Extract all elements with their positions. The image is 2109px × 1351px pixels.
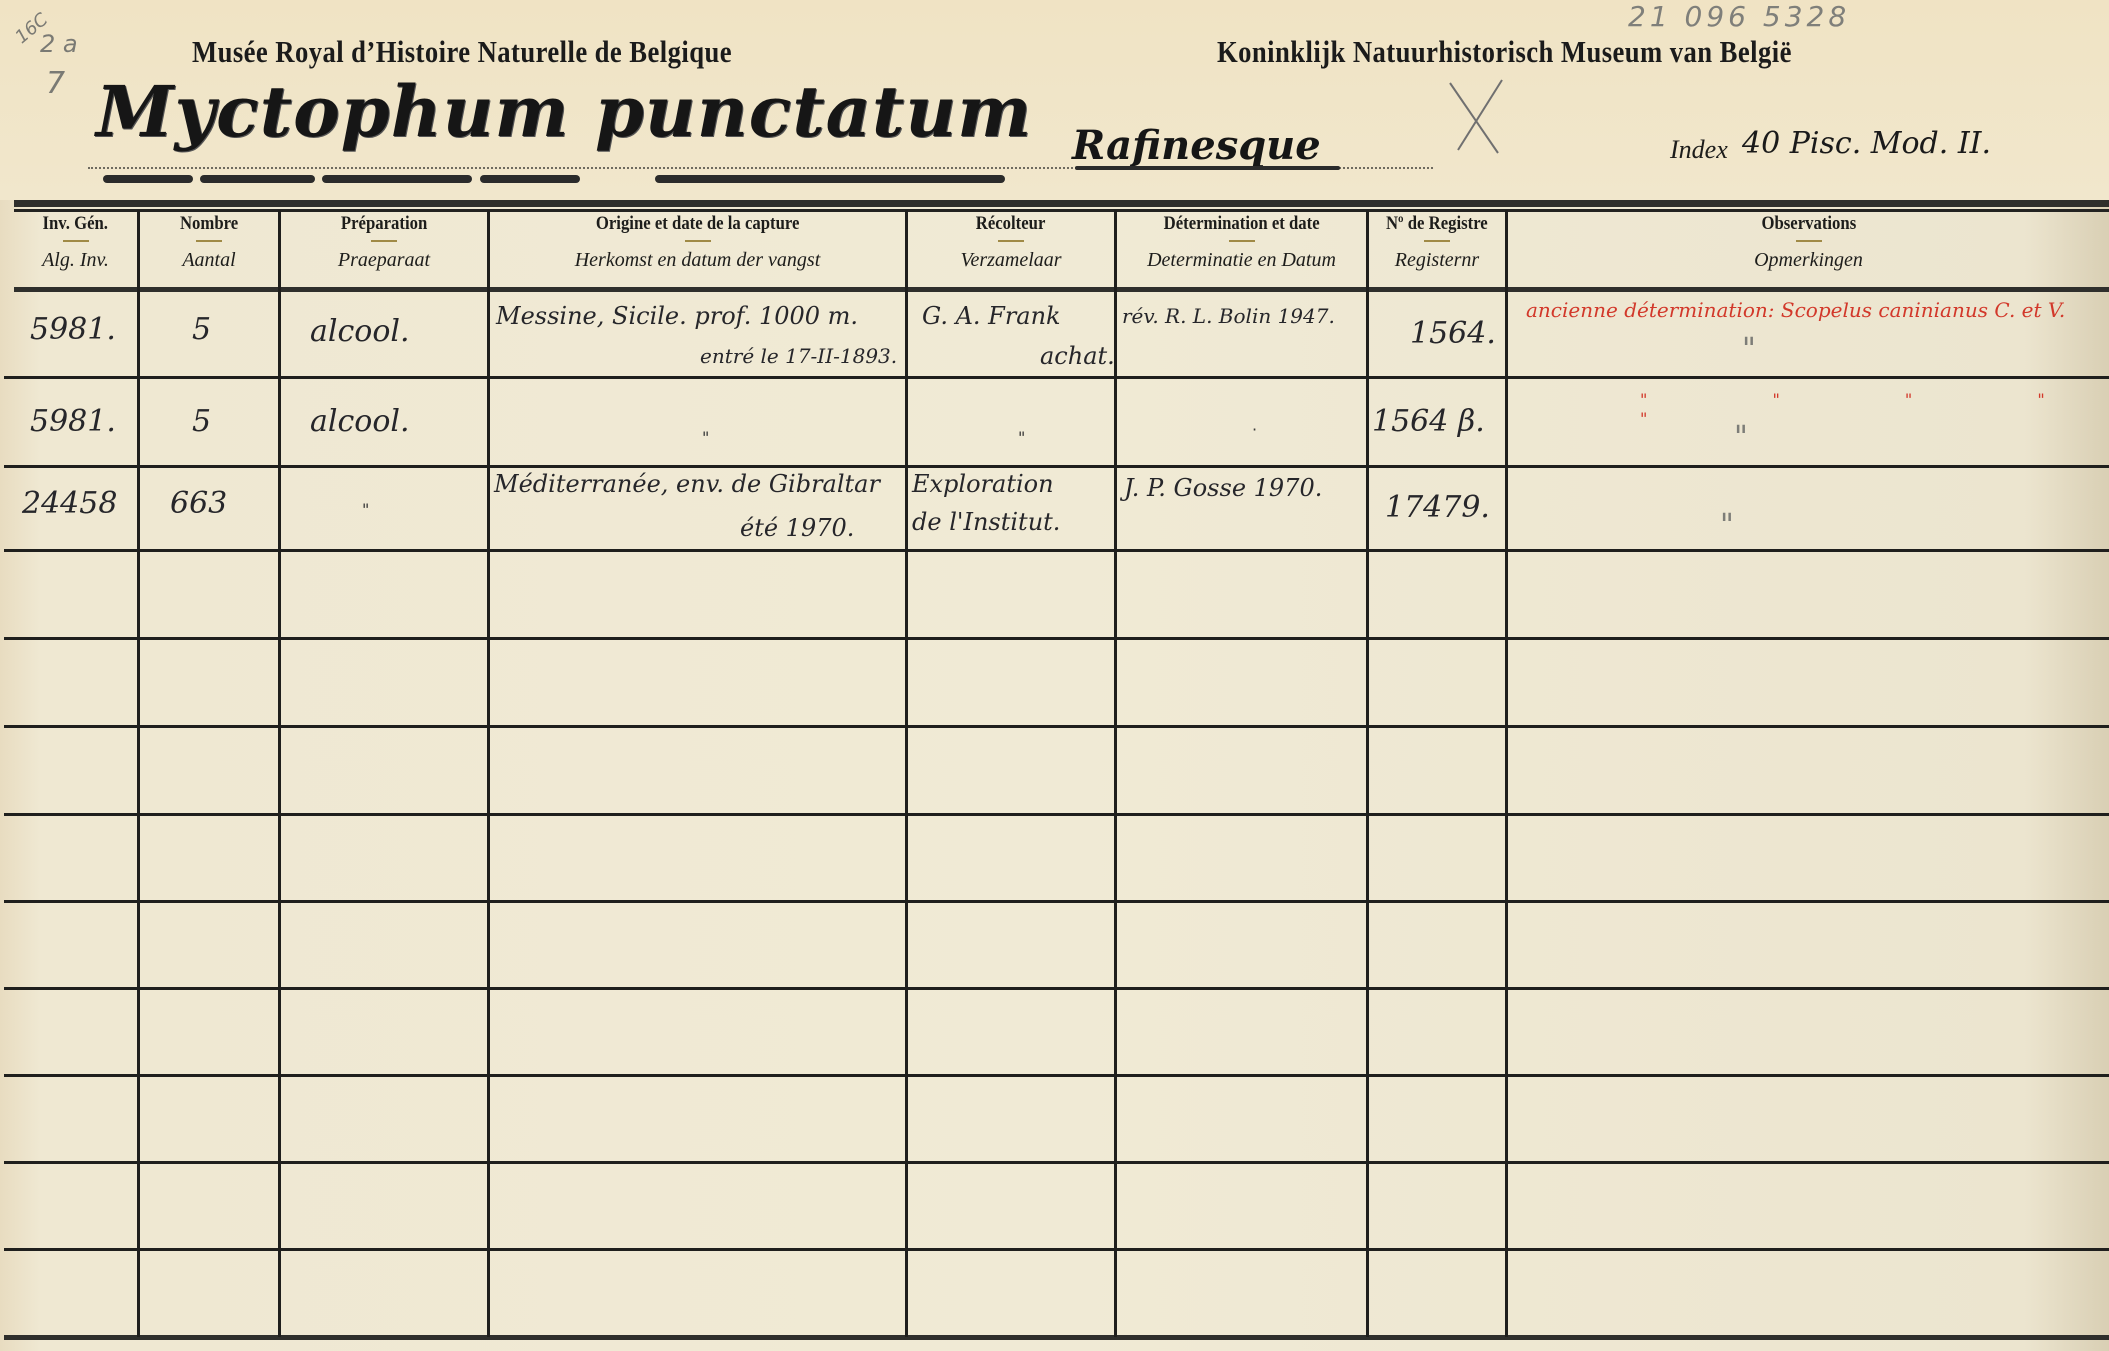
title-underline <box>655 175 1005 183</box>
row-divider <box>4 549 2109 552</box>
title-underline <box>200 175 315 183</box>
cell-inv: 24458 <box>22 486 117 521</box>
cell-nombre: 5 <box>192 312 211 347</box>
row-divider <box>4 376 2109 379</box>
species-name: Myctophum punctatum <box>96 70 1032 153</box>
table-top-rule <box>14 200 2109 207</box>
cell-recolteur: Exploration <box>912 470 1054 498</box>
cell-origine: Méditerranée, env. de Gibraltar <box>494 470 880 498</box>
ditto-mark: " <box>702 428 709 447</box>
column-divider <box>1366 210 1369 1337</box>
cell-recolteur-note: de l'Institut. <box>912 508 1060 536</box>
row-divider <box>4 900 2109 903</box>
cell-origine-date: été 1970. <box>740 514 854 542</box>
margin-note: 2 a <box>40 30 78 58</box>
cell-determination: rév. R. L. Bolin 1947. <box>1122 304 1335 328</box>
ditto-mark: · <box>1252 420 1257 439</box>
column-header-preparation: Préparation Praeparaat <box>281 212 487 288</box>
column-divider <box>1505 210 1508 1337</box>
cell-preparation: alcool. <box>310 314 410 349</box>
column-divider <box>137 210 140 1337</box>
table-bottom-rule <box>4 1335 2109 1340</box>
row-divider <box>4 725 2109 728</box>
column-header-origine: Origine et date de la capture Herkomst e… <box>490 212 905 288</box>
ditto-mark: " <box>1018 428 1025 447</box>
cell-observations: ancienne détermination: Scopelus caninia… <box>1526 298 2065 322</box>
row-divider <box>4 1248 2109 1251</box>
column-header-inv: Inv. Gén. Alg. Inv. <box>14 212 137 288</box>
index-label: Index <box>1670 135 1728 165</box>
species-author: Rafinesque <box>1072 122 1321 169</box>
row-divider <box>4 813 2109 816</box>
row-divider <box>4 465 2109 468</box>
ditto-mark: " <box>1720 508 1734 543</box>
row-divider <box>4 987 2109 990</box>
cell-nombre: 663 <box>170 486 227 521</box>
cell-registre: 17479. <box>1385 490 1490 525</box>
column-divider <box>905 210 908 1337</box>
margin-note: 7 <box>46 66 65 101</box>
column-header-determination: Détermination et date Determinatie en Da… <box>1117 212 1366 288</box>
row-divider <box>4 1074 2109 1077</box>
cell-inv: 5981. <box>30 404 116 439</box>
museum-name-fr: Musée Royal d’Histoire Naturelle de Belg… <box>192 34 732 70</box>
cell-inv: 5981. <box>30 312 116 347</box>
index-value: 40 Pisc. Mod. II. <box>1742 126 1991 161</box>
cell-nombre: 5 <box>192 404 211 439</box>
title-underline <box>103 175 193 183</box>
cell-registre: 1564. <box>1410 316 1496 351</box>
cell-registre: 1564 β. <box>1372 404 1485 439</box>
column-divider <box>487 210 490 1337</box>
specimen-index-card: 16C 2 a 7 21 096 5328 Musée Royal d’Hist… <box>0 0 2109 1351</box>
catalog-number: 21 096 5328 <box>1628 0 1850 33</box>
museum-name-nl: Koninklijk Natuurhistorisch Museum van B… <box>1217 34 1792 70</box>
row-divider <box>4 637 2109 640</box>
cell-preparation: alcool. <box>310 404 410 439</box>
ditto-mark: " <box>1734 420 1748 455</box>
cell-recolteur: G. A. Frank <box>922 302 1061 330</box>
cell-determination: J. P. Gosse 1970. <box>1124 474 1322 502</box>
column-header-recolteur: Récolteur Verzamelaar <box>908 212 1114 288</box>
column-header-registre: Nº de Registre Registernr <box>1369 212 1505 288</box>
ditto-mark: " <box>362 500 369 519</box>
column-header-nombre: Nombre Aantal <box>140 212 278 288</box>
cell-origine: Messine, Sicile. prof. 1000 m. <box>496 302 858 330</box>
ditto-mark: " <box>1742 332 1756 367</box>
column-divider <box>278 210 281 1337</box>
title-underline <box>1075 166 1340 170</box>
column-divider <box>1114 210 1117 1337</box>
column-header-observations: Observations Opmerkingen <box>1508 212 2109 288</box>
cross-mark-icon <box>1440 78 1510 156</box>
ditto-mark-row: " " " " " <box>1640 390 2109 428</box>
title-underline <box>480 175 580 183</box>
row-divider <box>4 1161 2109 1164</box>
cell-recolteur-note: achat. <box>1040 342 1115 370</box>
cell-origine-date: entré le 17-II-1893. <box>700 344 897 368</box>
title-underline <box>322 175 472 183</box>
